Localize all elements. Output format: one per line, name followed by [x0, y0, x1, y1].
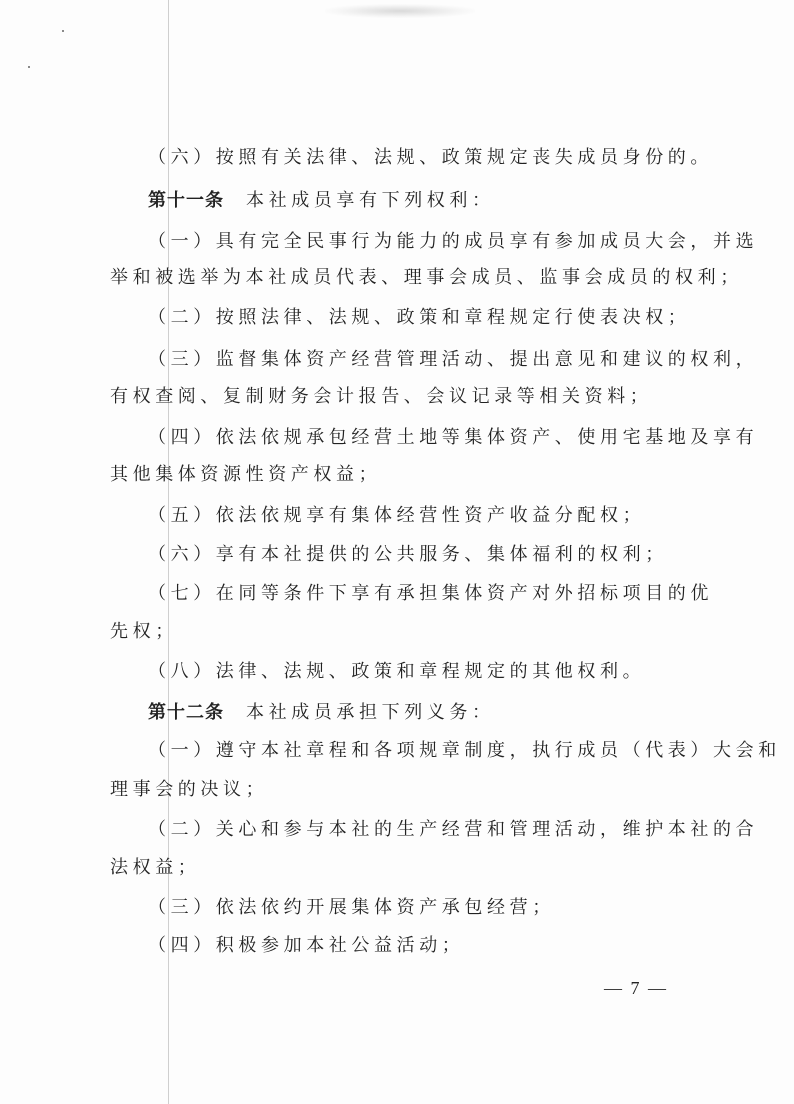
text-line: 理事会的决议；	[110, 779, 268, 801]
text-line: （二）按照法律、法规、政策和章程规定行使表决权；	[148, 307, 690, 329]
text-line: （五）依法依规享有集体经营性资产收益分配权；	[148, 505, 645, 527]
text-line: （三）依法依约开展集体资产承包经营；	[148, 897, 555, 919]
scan-speck	[62, 30, 64, 32]
text-line: （四）积极参加本社公益活动；	[148, 935, 464, 957]
text-line: （一）遵守本社章程和各项规章制度，执行成员（代表）大会和	[148, 740, 781, 762]
text-line: （四）依法依规承包经营土地等集体资产、使用宅基地及享有	[148, 427, 758, 449]
article-12-heading: 第十二条本社成员承担下列义务：	[148, 702, 495, 724]
text-line: （七）在同等条件下享有承担集体资产对外招标项目的优	[148, 583, 713, 605]
text-line: （六）按照有关法律、法规、政策规定丧失成员身份的。	[148, 147, 713, 169]
text-line: （六）享有本社提供的公共服务、集体福利的权利；	[148, 544, 668, 566]
document-page: （六）按照有关法律、法规、政策规定丧失成员身份的。 第十一条本社成员享有下列权利…	[0, 0, 794, 1104]
text-line: 其他集体资源性资产权益；	[110, 464, 381, 486]
text-line: （二）关心和参与本社的生产经营和管理活动，维护本社的合	[148, 819, 758, 841]
text-line: 先权；	[110, 621, 178, 643]
text-line: （三）监督集体资产经营管理活动、提出意见和建议的权利，	[148, 349, 758, 371]
text-line: 法权益；	[110, 857, 200, 879]
scan-speck	[28, 66, 30, 68]
article-number: 第十一条	[148, 190, 224, 211]
article-number: 第十二条	[148, 702, 224, 723]
text-line: 举和被选举为本社成员代表、理事会成员、监事会成员的权利；	[110, 267, 743, 289]
text-line: （八）法律、法规、政策和章程规定的其他权利。	[148, 661, 645, 683]
page-number: — 7 —	[604, 978, 668, 999]
article-11-heading: 第十一条本社成员享有下列权利：	[148, 190, 495, 212]
text-line: 有权查阅、复制财务会计报告、会议记录等相关资料；	[110, 386, 652, 408]
text-line: （一）具有完全民事行为能力的成员享有参加成员大会，并选	[148, 231, 758, 253]
scan-artifact	[325, 4, 475, 18]
